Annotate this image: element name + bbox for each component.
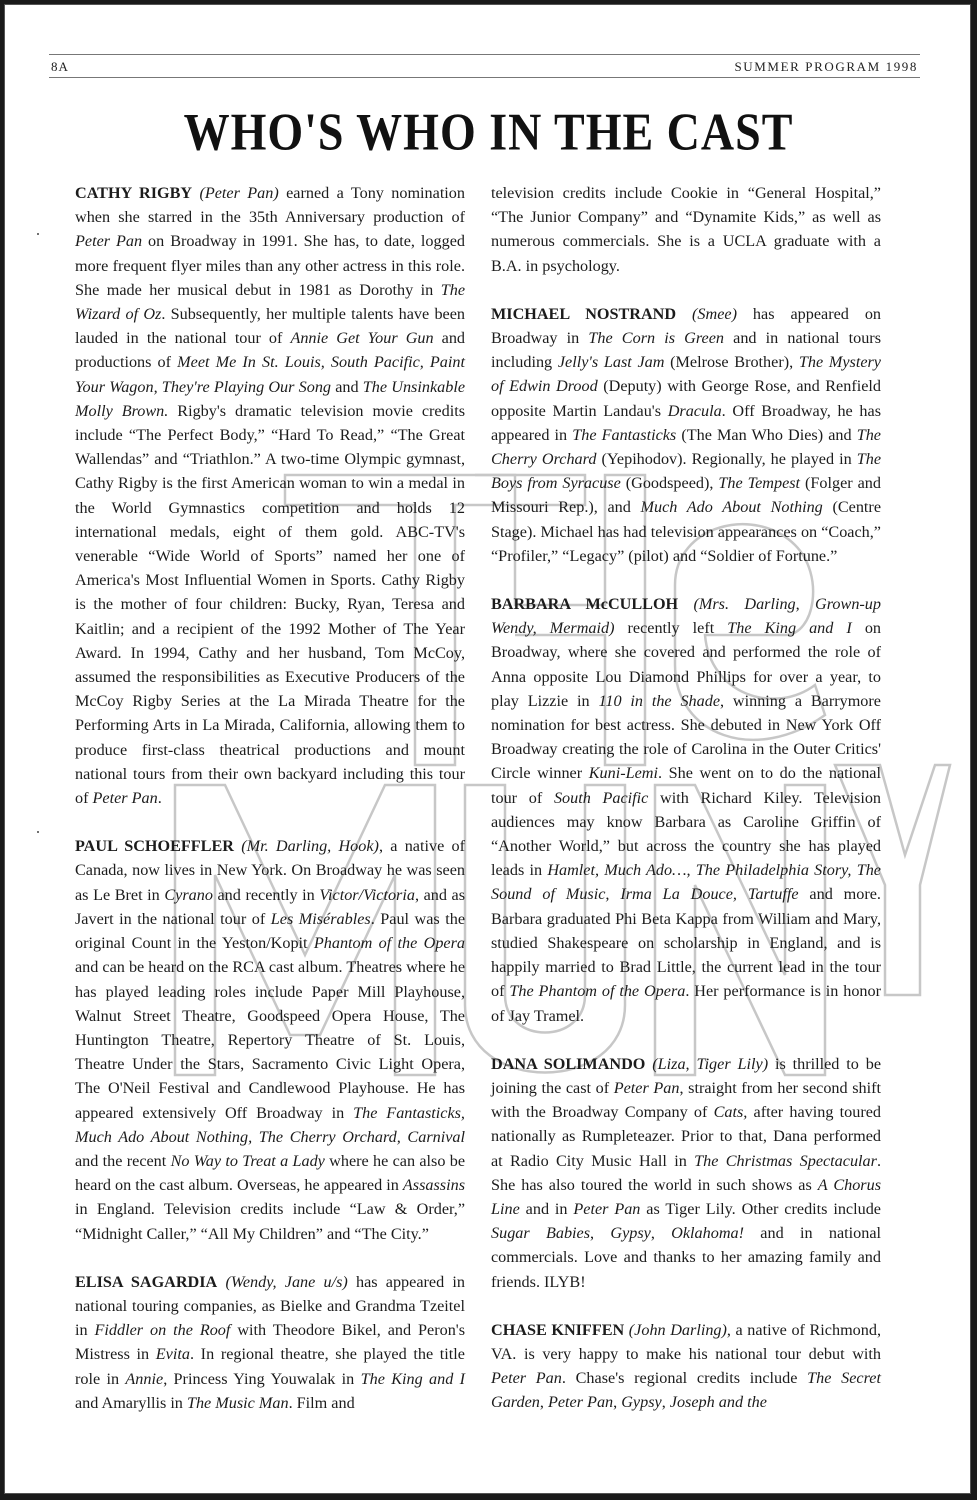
bio-cathy-rigby: CATHY RIGBY (Peter Pan) earned a Tony no… — [75, 181, 465, 810]
title-italic: Fiddler on the Roof — [95, 1321, 231, 1339]
bio-text: . Film and — [289, 1394, 355, 1412]
title-italic: Peter Pan — [573, 1200, 640, 1218]
title-italic: Gypsy — [610, 1224, 650, 1242]
cast-name: MICHAEL NOSTRAND — [491, 305, 676, 323]
bio-text: and can be heard on the RCA cast album. … — [75, 958, 465, 1121]
title-italic: Phantom of the Opera — [314, 934, 465, 952]
title-italic: Annie — [125, 1370, 163, 1388]
bio-text: (Melrose Brother), — [664, 353, 798, 371]
bio-dana-solimando: DANA SOLIMANDO (Liza, Tiger Lily) is thr… — [491, 1052, 881, 1294]
title-italic: Victor/Victoria — [319, 886, 415, 904]
bio-paul-schoeffler: PAUL SCHOEFFLER (Mr. Darling, Hook), a n… — [75, 834, 465, 1245]
title-italic: Gypsy — [621, 1393, 661, 1411]
cast-role: (Wendy, Jane u/s) — [225, 1273, 347, 1291]
title-italic: Much Ado About Nothing — [641, 498, 823, 516]
title-italic: The Fantasticks — [572, 426, 676, 444]
cast-role: (Liza, Tiger Lily) — [652, 1055, 768, 1073]
bio-text: . — [158, 789, 162, 807]
bio-text: , — [662, 1393, 670, 1411]
bio-chase-kniffen: CHASE KNIFFEN (John Darling), a native o… — [491, 1318, 881, 1415]
title-italic: Dracula — [668, 402, 722, 420]
bio-text: and the recent — [75, 1152, 171, 1170]
title-italic: The Christmas Spectacular — [694, 1152, 877, 1170]
title-italic: Kuni-Lemi — [589, 764, 658, 782]
bio-text: (Yepihodov). Regionally, he played in — [596, 450, 856, 468]
title-italic: Sugar Babies — [491, 1224, 590, 1242]
title-italic: No Way to Treat a Lady — [171, 1152, 325, 1170]
bio-text: . Chase's regional credits include — [562, 1369, 807, 1387]
title-italic: Peter Pan — [548, 1393, 613, 1411]
bio-text: recently left — [614, 619, 727, 637]
scan-speck — [37, 831, 39, 833]
cast-role: (Peter Pan) — [199, 184, 278, 202]
scan-speck — [37, 233, 39, 235]
bio-barbara-mcculloh: BARBARA McCULLOH (Mrs. Darling, Grown-up… — [491, 592, 881, 1028]
title-italic: The Tempest — [718, 474, 800, 492]
bio-text: , — [651, 1224, 671, 1242]
bio-text: , Princess Ying Youwalak in — [163, 1370, 360, 1388]
bio-text: in England. Television credits include “… — [75, 1200, 465, 1242]
program-page: 8A SUMMER PROGRAM 1998 WHO'S WHO IN THE … — [4, 4, 971, 1494]
column-right: television credits include Cookie in “Ge… — [491, 181, 881, 1439]
bio-text: and Amaryllis in — [75, 1394, 187, 1412]
title-italic: Oklahoma! — [671, 1224, 744, 1242]
cast-name: ELISA SAGARDIA — [75, 1273, 217, 1291]
title-italic: The Music Man — [187, 1394, 289, 1412]
title-italic: The King and I — [727, 619, 852, 637]
bio-elisa-sagardia: ELISA SAGARDIA (Wendy, Jane u/s) has app… — [75, 1270, 465, 1415]
cast-name: CATHY RIGBY — [75, 184, 192, 202]
bio-text: television credits include Cookie in “Ge… — [491, 184, 881, 275]
title-italic: Cats, — [714, 1103, 748, 1121]
title-italic: Peter Pan — [491, 1369, 562, 1387]
title-italic: Assassins — [403, 1176, 465, 1194]
cast-name: CHASE KNIFFEN — [491, 1321, 624, 1339]
bio-text: , — [590, 1224, 610, 1242]
title-italic: Peter Pan — [614, 1079, 680, 1097]
title-italic: Jelly's Last Jam — [558, 353, 665, 371]
bio-text: as Tiger Lily. Other credits include — [640, 1200, 881, 1218]
page-number: 8A — [51, 59, 69, 75]
bio-text: (The Man Who Dies) and — [676, 426, 856, 444]
title-italic: 110 in the Shade — [598, 692, 720, 710]
bio-text: and recently in — [213, 886, 319, 904]
title-italic: The King and I — [361, 1370, 465, 1388]
title-italic: The Corn is Green — [588, 329, 724, 347]
bio-text: and — [331, 378, 363, 396]
column-left: CATHY RIGBY (Peter Pan) earned a Tony no… — [75, 181, 465, 1439]
title-italic: Peter Pan — [75, 232, 142, 250]
title-italic: Peter Pan — [93, 789, 158, 807]
cast-role: (John Darling) — [629, 1321, 727, 1339]
title-italic: Joseph and the — [670, 1393, 767, 1411]
title-italic: Les Misérables — [271, 910, 371, 928]
bio-michael-nostrand: MICHAEL NOSTRAND (Smee) has appeared on … — [491, 302, 881, 568]
title-italic: Cyrano — [164, 886, 213, 904]
bio-text: , — [540, 1393, 548, 1411]
cast-role: (Smee) — [692, 305, 737, 323]
cast-name: BARBARA McCULLOH — [491, 595, 678, 613]
title-italic: The Phantom of the Opera — [509, 982, 685, 1000]
bio-text: and in — [520, 1200, 574, 1218]
running-header: 8A SUMMER PROGRAM 1998 — [49, 54, 920, 78]
title-italic: South Pacific — [554, 789, 648, 807]
bio-text: (Goodspeed), — [621, 474, 719, 492]
title-italic: Evita — [156, 1345, 190, 1363]
cast-name: PAUL SCHOEFFLER — [75, 837, 234, 855]
page-title: WHO'S WHO IN THE CAST — [5, 101, 972, 162]
cast-role: (Mr. Darling, Hook) — [241, 837, 379, 855]
publication-title: SUMMER PROGRAM 1998 — [734, 59, 918, 75]
title-italic: Annie Get Your Gun — [290, 329, 433, 347]
cast-name: DANA SOLIMANDO — [491, 1055, 645, 1073]
bio-text: Rigby's dramatic television movie credit… — [75, 402, 465, 807]
bio-elisa-sagardia-continued: television credits include Cookie in “Ge… — [491, 181, 881, 278]
